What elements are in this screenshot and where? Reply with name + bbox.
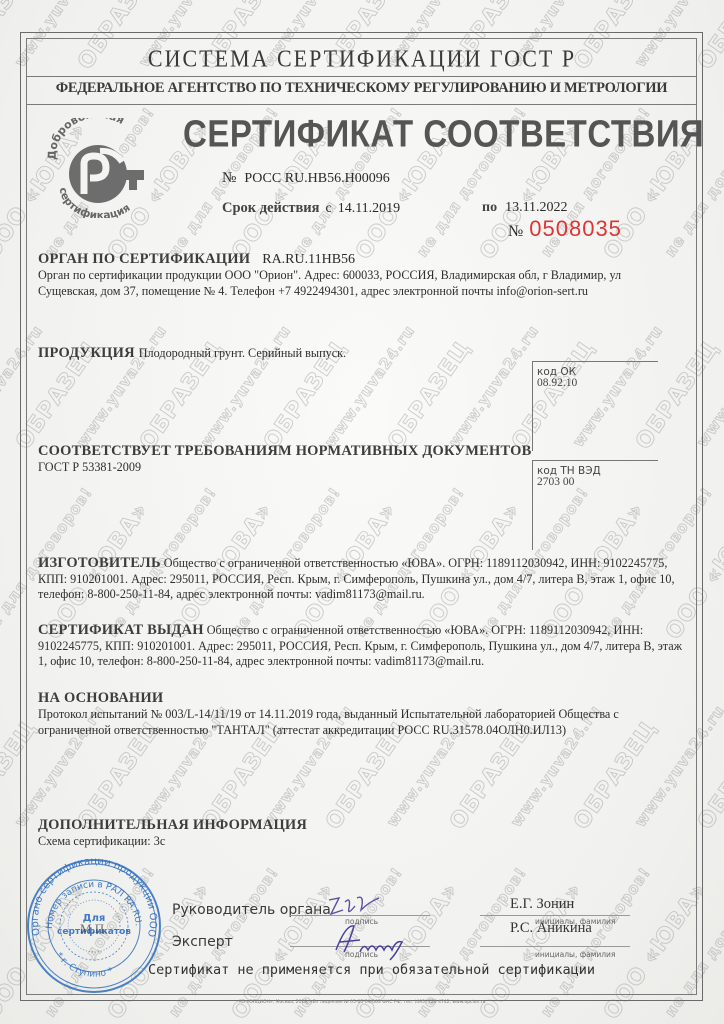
- head-name: Е.Г. Зонин: [510, 896, 574, 913]
- validity-to: по13.11.2022: [482, 200, 568, 216]
- serial-number: №0508035: [508, 216, 622, 242]
- tnved-code-box: код ТН ВЭД 2703 00: [532, 460, 658, 550]
- number-label: №: [222, 170, 236, 186]
- to-label: по: [482, 200, 497, 215]
- additional-info-text: Схема сертификации: 3с: [38, 834, 686, 850]
- conformity-heading: СООТВЕТСТВУЕТ ТРЕБОВАНИЯМ НОРМАТИВНЫХ ДО…: [38, 443, 598, 460]
- rst-logo-icon: Добровольная сертификация: [38, 118, 158, 218]
- product-heading: ПРОДУКЦИЯ: [38, 345, 135, 361]
- document-title: СЕРТИФИКАТ СООТВЕТСТВИЯ: [183, 112, 704, 156]
- printer-info: АО «ОПЦИОН», Москва, 2019, «Б» лицензия …: [0, 1000, 724, 1005]
- head-name-line: [480, 915, 630, 916]
- expert-name-caption: инициалы, фамилия: [535, 950, 615, 959]
- agency-title: ФЕДЕРАЛЬНОЕ АГЕНТСТВО ПО ТЕХНИЧЕСКОМУ РЕ…: [26, 80, 697, 97]
- validity-from: Срок действияс14.11.2019: [222, 200, 400, 217]
- system-title: СИСТЕМА СЕРТИФИКАЦИИ ГОСТ Р: [0, 45, 724, 74]
- svg-text:М.П.: М.П.: [80, 921, 107, 936]
- certification-body-section: ОРГАН ПО СЕРТИФИКАЦИИRA.RU.11НВ56 Орган …: [38, 250, 678, 299]
- seal-stamp-icon: Органо сертификации продукции ООО «Орион…: [20, 855, 168, 997]
- not-applied-notice: Сертификат не применяется при обязательн…: [148, 962, 595, 978]
- manufacturer-heading: ИЗГОТОВИТЕЛЬ: [38, 555, 161, 571]
- svg-text:* г. Ступино *: * г. Ступино *: [53, 951, 115, 980]
- basis-heading: НА ОСНОВАНИИ: [38, 690, 686, 707]
- tnved-code-value: 2703 00: [537, 477, 658, 488]
- manufacturer-section: ИЗГОТОВИТЕЛЬ Общество с ограниченной отв…: [38, 556, 686, 603]
- head-signature-icon: [325, 892, 385, 920]
- registration-number: №РОСС RU.НВ56.Н00096: [222, 170, 390, 187]
- ok-code-value: 08.92.10: [537, 378, 658, 389]
- ok-code-box: код ОК 08.92.10: [532, 361, 658, 451]
- product-text: Плодородный грунт. Серийный выпуск.: [139, 346, 346, 360]
- basis-section: НА ОСНОВАНИИ Протокол испытаний № 003/L-…: [38, 690, 686, 738]
- serial-label: №: [508, 223, 523, 240]
- expert-name: Р.С. Аникина: [510, 920, 592, 937]
- certification-body-code: RA.RU.11НВ56: [262, 252, 355, 267]
- expert-label: Эксперт: [172, 934, 233, 950]
- valid-to-date: 13.11.2022: [505, 200, 567, 215]
- conformity-text: ГОСТ Р 53381-2009: [38, 460, 598, 476]
- issued-to-section: СЕРТИФИКАТ ВЫДАН Общество с ограниченной…: [38, 623, 686, 670]
- from-label: с: [325, 201, 331, 216]
- additional-info-heading: ДОПОЛНИТЕЛЬНАЯ ИНФОРМАЦИЯ: [38, 817, 686, 834]
- basis-text: Протокол испытаний № 003/L-14/11/19 от 1…: [38, 707, 686, 738]
- validity-label: Срок действия: [222, 200, 319, 216]
- issued-to-heading: СЕРТИФИКАТ ВЫДАН: [38, 622, 204, 638]
- additional-info-section: ДОПОЛНИТЕЛЬНАЯ ИНФОРМАЦИЯ Схема сертифик…: [38, 817, 686, 850]
- header-divider: [26, 76, 697, 77]
- expert-signature-icon: [330, 920, 420, 962]
- serial-number-value: 0508035: [529, 216, 622, 241]
- product-section: ПРОДУКЦИЯ Плодородный грунт. Серийный вы…: [38, 344, 538, 362]
- expert-name-line: [480, 946, 630, 947]
- header-divider: [26, 104, 697, 105]
- certification-body-heading: ОРГАН ПО СЕРТИФИКАЦИИ: [38, 251, 250, 267]
- valid-from-date: 14.11.2019: [338, 201, 400, 216]
- conformity-section: СООТВЕТСТВУЕТ ТРЕБОВАНИЯМ НОРМАТИВНЫХ ДО…: [38, 443, 598, 476]
- certification-body-text: Орган по сертификации продукции ООО "Ори…: [38, 268, 678, 299]
- registration-number-value: РОСС RU.НВ56.Н00096: [244, 171, 389, 186]
